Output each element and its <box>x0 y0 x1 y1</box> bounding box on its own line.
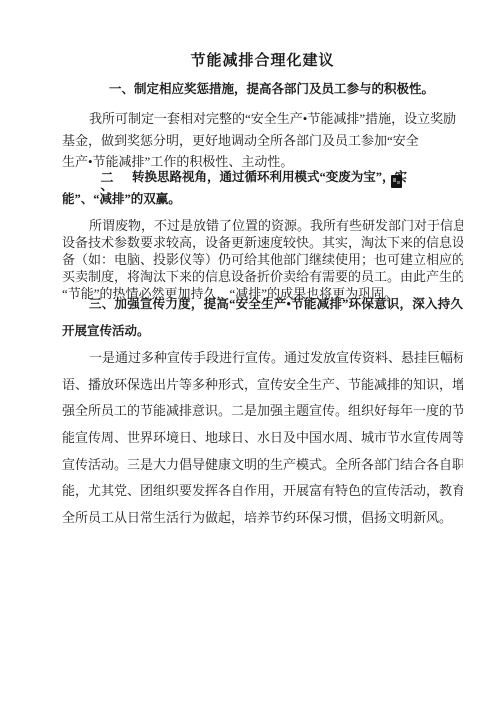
text-line: 所谓废物，不过是放错了位置的资源。我所有些研发部门对于信息 <box>62 217 463 234</box>
text-line: 我所可制定一套相对完整的“安全生产•节能减排”措施，设立奖励 <box>62 108 463 130</box>
text-line: 基金，做到奖惩分明，更好地调动全所各部门及员工参加“安全 <box>62 130 463 152</box>
heading-2-line-1: 转换思路视角，通过循环利用模式“变废为宝”，实 <box>62 166 463 188</box>
text-line: 宣传活动。三是大力倡导健康文明的生产模式。全所各部门结合各自职 <box>62 452 463 479</box>
text-line: 全所员工从日常生活行为做起，培养节约环保习惯，倡扬文明新风。 <box>62 505 463 532</box>
heading-3-line-1: 三、加强宣传力度，提高“安全生产•节能减排”环保意识，深入持久 <box>62 291 463 318</box>
text-line: 语、播放环保选出片等多种形式，宣传安全生产、节能减排的知识，增 <box>62 372 463 399</box>
text-line: 强全所员工的节能减排意识。二是加强主题宣传。组织好每年一度的节 <box>62 398 463 425</box>
text-line: 能宣传周、世界环境日、地球日、水日及中国水周、城市节水宣传周等 <box>62 425 463 452</box>
text-line: 一是通过多种宣传手段进行宣传。通过发放宣传资料、悬挂巨幅标 <box>62 345 463 372</box>
heading-section-2: 二 、 转换思路视角，通过循环利用模式“变废为宝”，实 能”、“减排”的双赢。 <box>62 166 463 210</box>
section-2-number: 二 、 <box>96 174 118 190</box>
text-line: 设备技术参数要求较高，设备更新速度较快。其实，淘汰下来的信息设 <box>62 234 463 251</box>
document-title: 节能减排合理化建议 <box>62 51 463 71</box>
heading-section-3: 三、加强宣传力度，提高“安全生产•节能减排”环保意识，深入持久 开展宣传活动。 <box>62 291 463 345</box>
text-line: 能，尤其党、团组织要发挥各自作用，开展富有特色的宣传活动，教育 <box>62 478 463 505</box>
paragraph-3: 一是通过多种宣传手段进行宣传。通过发放宣传资料、悬挂巨幅标 语、播放环保选出片等… <box>62 345 463 532</box>
embedded-object-icon <box>391 175 402 188</box>
section-2-number-mark: 、 <box>100 182 113 190</box>
heading-section-1: 一、制定相应奖惩措施，提高各部门及员工参与的积极性。 <box>62 81 463 97</box>
heading-2-line-2: 能”、“减排”的双赢。 <box>62 188 463 210</box>
heading-3-line-2: 开展宣传活动。 <box>62 318 463 345</box>
text-line: 买卖制度，将淘汰下来的信息设备折价卖给有需要的员工。由此产生的 <box>62 268 463 285</box>
document-page: 节能减排合理化建议 一、制定相应奖惩措施，提高各部门及员工参与的积极性。 我所可… <box>0 0 500 708</box>
paragraph-2: 所谓废物，不过是放错了位置的资源。我所有些研发部门对于信息 设备技术参数要求较高… <box>62 217 463 302</box>
paragraph-1: 我所可制定一套相对完整的“安全生产•节能减排”措施，设立奖励 基金，做到奖惩分明… <box>62 108 463 173</box>
text-line: 备（如：电脑、投影仪等）仍可给其他部门继续使用；也可建立相应的 <box>62 251 463 268</box>
